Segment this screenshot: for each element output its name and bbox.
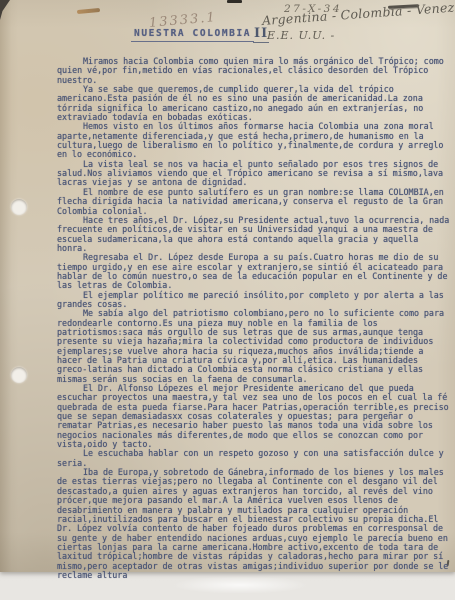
scanner-background bbox=[170, 576, 310, 594]
typed-paragraph: Me sabía algo del patriotismo colombiano… bbox=[57, 309, 451, 384]
page-title: NUESTRA COLOMBIA bbox=[131, 28, 254, 42]
scan-edge-mark bbox=[0, 0, 10, 20]
handwritten-route-eeuu: E.E. U.U. - bbox=[267, 29, 335, 42]
typed-body: Miramos hacia Colombia como quien mira l… bbox=[57, 57, 451, 580]
typed-paragraph: La vista leal se nos va hacia el punto s… bbox=[57, 160, 451, 188]
typed-paragraph: Hemos visto en los últimos años formarse… bbox=[57, 122, 451, 159]
smudge-mark bbox=[77, 8, 100, 14]
typed-paragraph: El nombre de ese punto salutífero es un … bbox=[57, 188, 451, 216]
typed-paragraph: Le escuchaba hablar con un respeto gozos… bbox=[57, 449, 451, 468]
typed-paragraph: Miramos hacia Colombia como quien mira l… bbox=[57, 57, 451, 85]
document-page: 13333.1 27-X-34. Argentina - Colombia - … bbox=[0, 0, 455, 572]
typed-paragraph: Hace tres años,el Dr. López,su President… bbox=[57, 216, 451, 253]
roman-numeral: II bbox=[253, 26, 269, 43]
typed-paragraph: Iba de Europa,y sobretodo de Gánebra,inf… bbox=[57, 468, 451, 580]
punch-hole bbox=[11, 199, 27, 215]
typed-paragraph: Regresaba el Dr. López desde Europa a su… bbox=[57, 253, 451, 290]
scan-edge-mark bbox=[227, 0, 242, 3]
typed-paragraph: El ejemplar político me pareció insólito… bbox=[57, 291, 451, 310]
punch-hole bbox=[11, 367, 27, 383]
typed-paragraph: El Dr. Alfonso Lópezes el mejor Presiden… bbox=[57, 384, 451, 449]
typed-paragraph: Ya se sabe que queremos,de cumplido quer… bbox=[57, 85, 451, 122]
